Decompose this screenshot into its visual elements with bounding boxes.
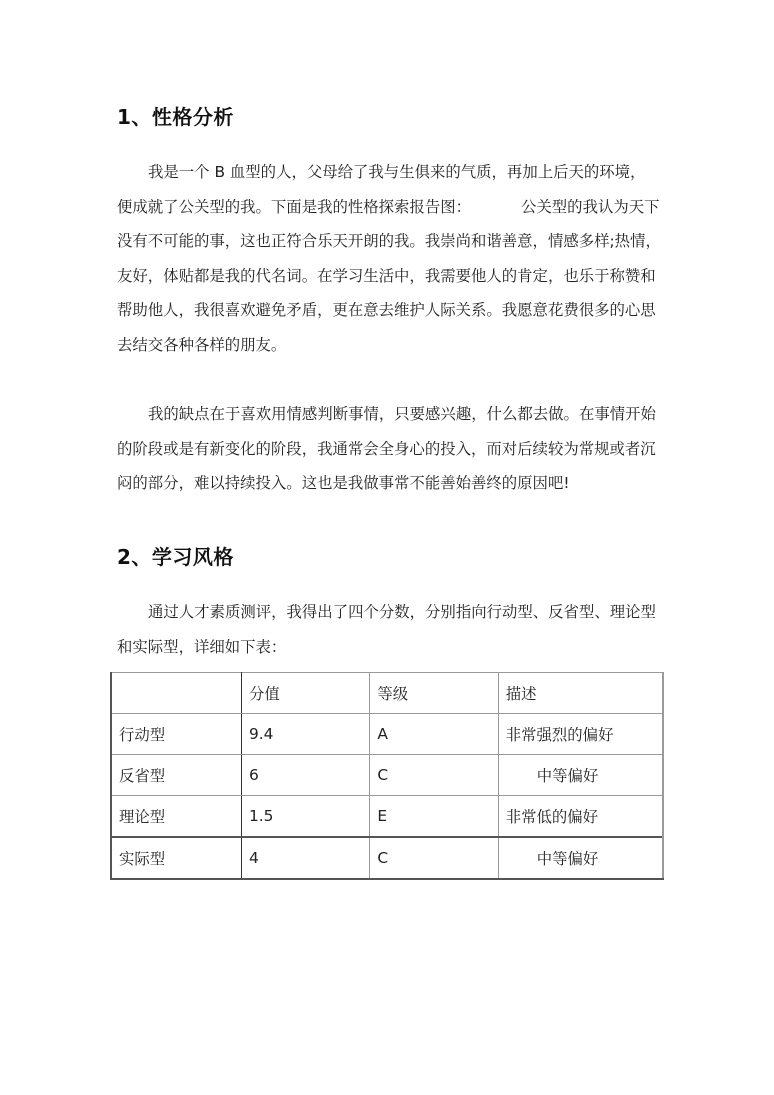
- grade-cell: E: [370, 796, 498, 838]
- description-cell: 中等偏好: [498, 837, 663, 879]
- type-cell: 行动型: [111, 714, 242, 755]
- description-cell: 非常强烈的偏好: [498, 714, 663, 755]
- learning-style-table: 分值 等级 描述 行动型 9.4 A 非常强烈的偏好 反省型 6 C 中等偏好 …: [110, 672, 664, 880]
- grade-cell: C: [370, 837, 498, 879]
- document-page: 1、性格分析 我是一个 B 血型的人，父母给了我与生俱来的气质，再加上后天的环境…: [0, 0, 774, 1095]
- table-header-cell: 分值: [242, 673, 370, 714]
- table-row: 反省型 6 C 中等偏好: [111, 755, 663, 796]
- text-line: 闷的部分，难以持续投入。这也是我做事常不能善始善终的原因吧!: [117, 466, 663, 501]
- text-line: 的阶段或是有新变化的阶段，我通常会全身心的投入，而对后续较为常规或者沉: [117, 432, 663, 467]
- section-heading-learning-style: 2、学习风格: [117, 541, 234, 570]
- grade-cell: C: [370, 755, 498, 796]
- text-line: 去结交各种各样的朋友。: [117, 328, 663, 363]
- table-header-row: 分值 等级 描述: [111, 673, 663, 714]
- text-line: 通过人才素质测评，我得出了四个分数，分别指向行动型、反省型、理论型: [117, 595, 663, 630]
- score-cell: 9.4: [242, 714, 370, 755]
- table-header-cell: [111, 673, 242, 714]
- personality-paragraph-1: 我是一个 B 血型的人，父母给了我与生俱来的气质，再加上后天的环境， 便成就了公…: [117, 155, 663, 363]
- text-line: 和实际型，详细如下表：: [117, 630, 663, 665]
- text-segment: 公关型的我认为天下: [521, 198, 660, 216]
- score-cell: 1.5: [242, 796, 370, 838]
- description-cell: 非常低的偏好: [498, 796, 663, 838]
- score-cell: 6: [242, 755, 370, 796]
- score-cell: 4: [242, 837, 370, 879]
- personality-paragraph-2: 我的缺点在于喜欢用情感判断事情，只要感兴趣，什么都去做。在事情开始 的阶段或是有…: [117, 397, 663, 501]
- table-row: 实际型 4 C 中等偏好: [111, 837, 663, 879]
- text-line: 我的缺点在于喜欢用情感判断事情，只要感兴趣，什么都去做。在事情开始: [117, 397, 663, 432]
- type-cell: 实际型: [111, 837, 242, 879]
- section-heading-personality: 1、性格分析: [117, 101, 234, 130]
- text-line: 没有不可能的事，这也正符合乐天开朗的我。我崇尚和谐善意，情感多样;热情，: [117, 224, 663, 259]
- text-segment: 便成就了公关型的我。下面是我的性格探索报告图：: [117, 198, 471, 216]
- text-line: 我是一个 B 血型的人，父母给了我与生俱来的气质，再加上后天的环境，: [117, 155, 663, 190]
- table-row: 理论型 1.5 E 非常低的偏好: [111, 796, 663, 838]
- table-header-cell: 等级: [370, 673, 498, 714]
- description-cell: 中等偏好: [498, 755, 663, 796]
- grade-cell: A: [370, 714, 498, 755]
- text-line: 便成就了公关型的我。下面是我的性格探索报告图：公关型的我认为天下: [117, 190, 663, 225]
- type-cell: 反省型: [111, 755, 242, 796]
- table-header-cell: 描述: [498, 673, 663, 714]
- learning-style-paragraph: 通过人才素质测评，我得出了四个分数，分别指向行动型、反省型、理论型 和实际型，详…: [117, 595, 663, 664]
- type-cell: 理论型: [111, 796, 242, 838]
- table-row: 行动型 9.4 A 非常强烈的偏好: [111, 714, 663, 755]
- text-line: 帮助他人，我很喜欢避免矛盾，更在意去维护人际关系。我愿意花费很多的心思: [117, 293, 663, 328]
- text-line: 友好，体贴都是我的代名词。在学习生活中，我需要他人的肯定，也乐于称赞和: [117, 259, 663, 294]
